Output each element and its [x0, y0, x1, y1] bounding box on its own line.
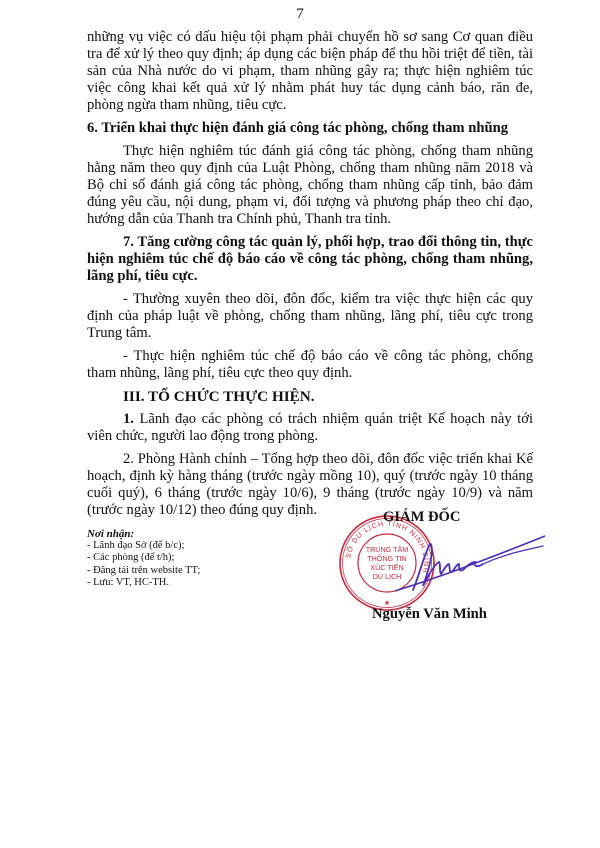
- handwritten-signature-icon: [395, 528, 545, 598]
- item-number: 1.: [123, 411, 134, 427]
- recipient-item: - Lưu: VT, HC-TH.: [87, 577, 200, 589]
- paragraph-section-7b: - Thực hiện nghiêm túc chế độ báo cáo về…: [87, 348, 533, 382]
- document-body: những vụ việc có dấu hiệu tội phạm phải …: [87, 29, 533, 519]
- signer-title: GIÁM ĐỐC: [383, 509, 460, 526]
- heading-part-iii: III. TỔ CHỨC THỰC HIỆN.: [87, 388, 533, 405]
- item-text: Lãnh đạo các phòng có trách nhiệm quán t…: [87, 411, 533, 444]
- recipient-item: - Đăng tải trên website TT;: [87, 565, 200, 577]
- page-number: 7: [0, 6, 600, 23]
- recipient-item: - Các phòng (để t/h);: [87, 552, 200, 564]
- paragraph-section-7a: - Thường xuyên theo dõi, đôn đốc, kiểm t…: [87, 291, 533, 342]
- heading-section-6: 6. Triển khai thực hiện đánh giá công tá…: [87, 120, 533, 137]
- heading-section-7: 7. Tăng cường công tác quản lý, phối hợp…: [87, 234, 533, 285]
- signer-name: Nguyễn Văn Minh: [372, 606, 487, 623]
- paragraph-continuation: những vụ việc có dấu hiệu tội phạm phải …: [87, 29, 533, 114]
- recipient-item: - Lãnh đạo Sở (để b/c);: [87, 540, 200, 552]
- document-page: 7 những vụ việc có dấu hiệu tội phạm phả…: [0, 0, 600, 848]
- paragraph-iii-1: 1. Lãnh đạo các phòng có trách nhiệm quá…: [87, 411, 533, 445]
- recipients-title: Nơi nhận:: [87, 528, 200, 540]
- recipients-block: Nơi nhận: - Lãnh đạo Sở (để b/c); - Các …: [87, 528, 200, 589]
- paragraph-iii-2: 2. Phòng Hành chính – Tổng hợp theo dõi,…: [87, 451, 533, 519]
- paragraph-section-6: Thực hiện nghiêm túc đánh giá công tác p…: [87, 143, 533, 228]
